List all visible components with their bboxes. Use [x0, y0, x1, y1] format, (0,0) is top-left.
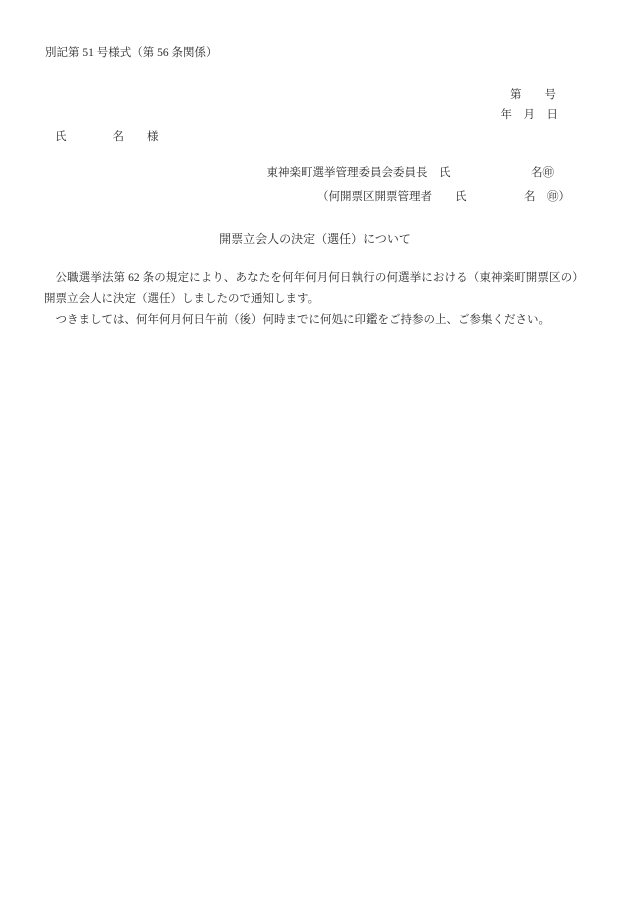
document-page: 別記第 51 号様式（第 56 条関係） 第 号 年 月 日 氏 名 様 東神楽… — [0, 0, 630, 903]
sender-chairman-line: 東神楽町選挙管理委員会委員長 氏 名㊞ — [267, 165, 555, 181]
body-paragraph-2: つきましては、何年何月何日午前（後）何時までに何処に印鑑をご持参の上、ご参集くだ… — [44, 310, 578, 331]
document-title: 開票立会人の決定（選任）について — [0, 230, 630, 247]
form-number-label: 別記第 51 号様式（第 56 条関係） — [45, 45, 218, 61]
document-number-line: 第 号 — [510, 87, 556, 103]
document-body: 公職選挙法第 62 条の規定により、あなたを何年何月何日執行の何選挙における（東… — [44, 268, 578, 331]
body-paragraph-1: 公職選挙法第 62 条の規定により、あなたを何年何月何日執行の何選挙における（東… — [44, 268, 578, 310]
sender-counting-manager-line: （何開票区開票管理者 氏 名 ㊞） — [317, 189, 570, 205]
date-line: 年 月 日 — [501, 107, 559, 123]
addressee-line: 氏 名 様 — [55, 129, 159, 145]
